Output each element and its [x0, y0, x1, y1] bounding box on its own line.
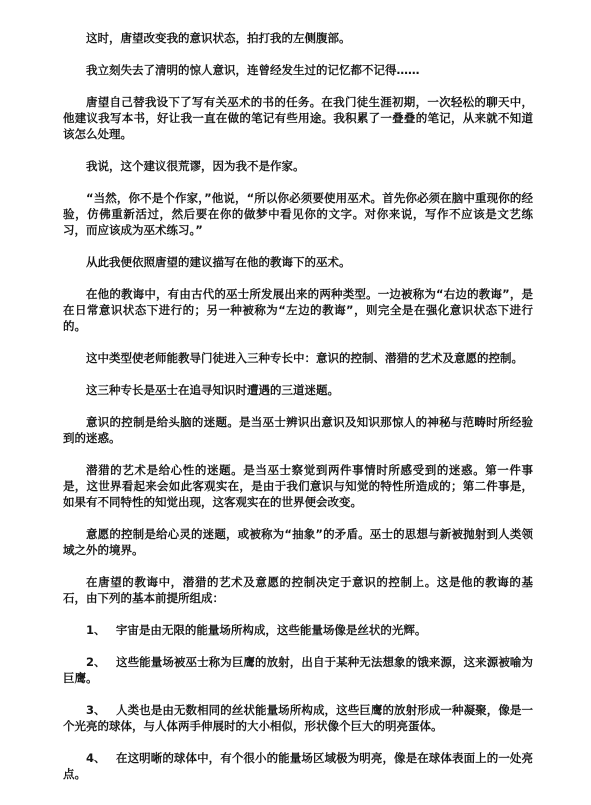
list-item: 3、人类也是由无数相同的丝状能量场所构成，这些巨鹰的放射形成一种凝聚，像是一个光…	[63, 702, 533, 734]
list-item-number: 4、	[86, 750, 116, 766]
document-page: 这时，唐望改变我的意识状态，拍打我的左侧腹部。 我立刻失去了清明的惊人意识，连曾…	[0, 0, 591, 805]
list-item-number: 1、	[86, 622, 116, 638]
paragraph: 潜猎的艺术是给心性的迷题。是当巫士察觉到两件事情时所感受到的迷惑。第一件事是，这…	[63, 462, 533, 510]
list-item-text: 在这明晰的球体中，有个很小的能量场区域极为明亮，像是在球体表面上的一处亮点。	[63, 751, 533, 781]
list-item-number: 2、	[86, 654, 116, 670]
paragraph: 这时，唐望改变我的意识状态，拍打我的左侧腹部。	[63, 30, 533, 46]
paragraph: 这三种专长是巫士在追寻知识时遭遇的三道迷题。	[63, 382, 533, 398]
list-item: 1、宇宙是由无限的能量场所构成，这些能量场像是丝状的光辉。	[63, 622, 533, 638]
paragraph: 唐望自己替我设下了写有关巫术的书的任务。在我门徒生涯初期，一次轻松的聊天中，他建…	[63, 94, 533, 142]
list-item: 2、这些能量场被巫士称为巨鹰的放射，出自于某种无法想象的饿来源，这来源被喻为巨鹰…	[63, 654, 533, 686]
list-item-text: 这些能量场被巫士称为巨鹰的放射，出自于某种无法想象的饿来源，这来源被喻为巨鹰。	[63, 655, 533, 685]
paragraph: 从此我便依照唐望的建议描写在他的教诲下的巫术。	[63, 254, 533, 270]
paragraph: 意愿的控制是给心灵的迷题，或被称为“抽象”的矛盾。巫士的思想与新被抛射到人类领域…	[63, 526, 533, 558]
paragraph: 在他的教诲中，有由古代的巫士所发展出来的两种类型。一边被称为“右边的教诲”，是在…	[63, 286, 533, 334]
paragraph: 这中类型使老师能教导门徒进入三种专长中：意识的控制、潜猎的艺术及意愿的控制。	[63, 350, 533, 366]
list-item-number: 3、	[86, 702, 116, 718]
list-item: 4、在这明晰的球体中，有个很小的能量场区域极为明亮，像是在球体表面上的一处亮点。	[63, 750, 533, 782]
paragraph: 在唐望的教诲中，潜猎的艺术及意愿的控制决定于意识的控制上。这是他的教诲的基石，由…	[63, 574, 533, 606]
paragraph: 我说，这个建议很荒谬，因为我不是作家。	[63, 158, 533, 174]
list-item-text: 人类也是由无数相同的丝状能量场所构成，这些巨鹰的放射形成一种凝聚，像是一个光亮的…	[63, 703, 533, 733]
paragraph: 我立刻失去了清明的惊人意识，连曾经发生过的记忆都不记得……	[63, 62, 533, 78]
paragraph: 意识的控制是给头脑的迷题。是当巫士辨识出意识及知识那惊人的神秘与范畴时所经验到的…	[63, 414, 533, 446]
paragraph: “当然，你不是个作家，”他说，“所以你必须要使用巫术。首先你必须在脑中重现你的经…	[63, 190, 533, 238]
list-item-text: 宇宙是由无限的能量场所构成，这些能量场像是丝状的光辉。	[116, 623, 427, 637]
